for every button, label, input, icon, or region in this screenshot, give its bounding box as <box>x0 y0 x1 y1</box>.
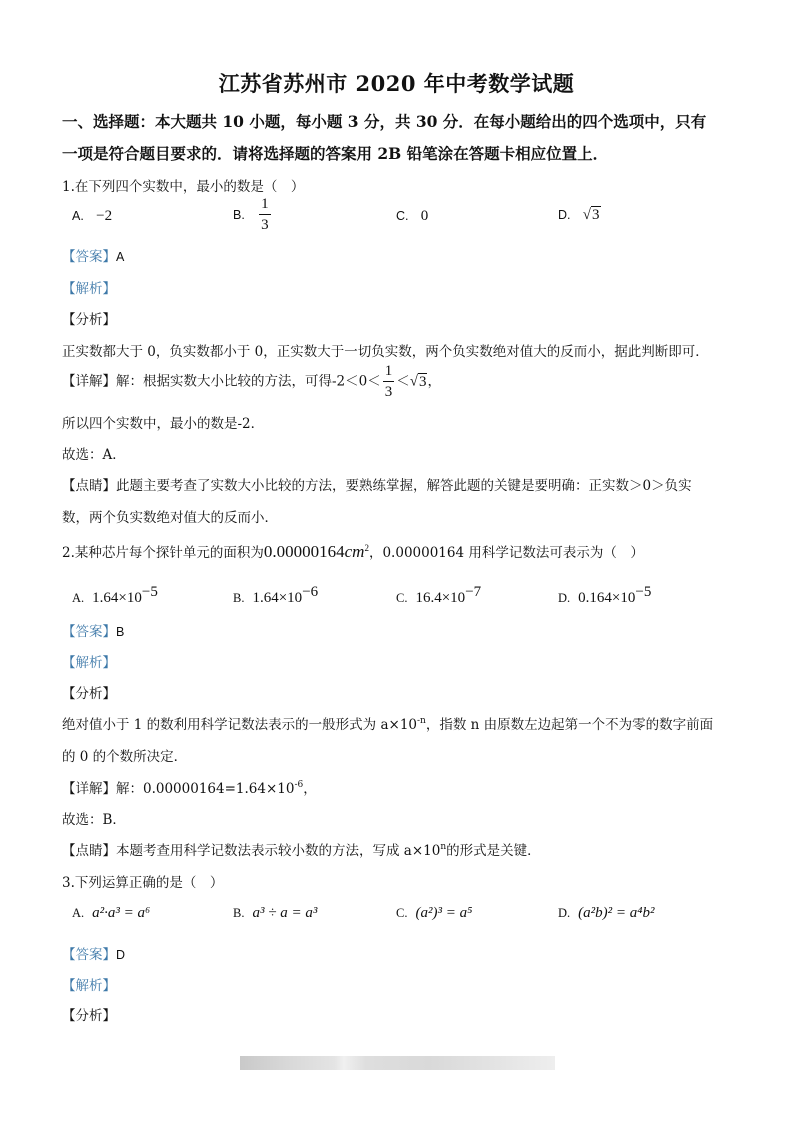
q1-comment: 【点睛】此题主要考查了实数大小比较的方法，要熟练掌握，解答此题的关键是要明确：正… <box>62 474 692 494</box>
answer-label: 【答案】 <box>62 249 116 265</box>
q2-jiexi-label: 【解析】 <box>62 651 116 671</box>
q1-analysis: 正实数都大于 0，负实数都小于 0，正实数大于一切负实数，两个负实数绝对值大的反… <box>62 340 709 360</box>
q3-option-d: D.(a²b)² = a⁴b² <box>558 905 654 922</box>
fraction: 13 <box>383 364 395 400</box>
answer-value: B <box>116 625 124 639</box>
question-1-stem: 1.在下列四个实数中，最小的数是（ ） <box>62 175 304 195</box>
answer-label: 【答案】 <box>62 947 116 963</box>
section-heading-line1: 一、选择题：本大题共 10 小题，每小题 3 分，共 30 分．在每小题给出的四… <box>62 110 706 132</box>
q1-choice: 故选：A． <box>62 443 126 463</box>
detail-label: 【详解】 <box>62 374 116 390</box>
q2-analysis: 绝对值小于 1 的数利用科学记数法表示的一般形式为 a×10-n，指数 n 由原… <box>62 713 713 733</box>
q2-option-c: C.16.4×10−7 <box>396 584 481 607</box>
q2-option-d: D.0.164×10−5 <box>558 584 651 607</box>
q2-choice: 故选：B． <box>62 808 126 828</box>
option-label: D. <box>558 208 571 222</box>
q3-fenxi-label: 【分析】 <box>62 1004 116 1024</box>
q2-answer: 【答案】B <box>62 620 124 640</box>
q2-fenxi-label: 【分析】 <box>62 682 116 702</box>
page-title: 江苏省苏州市 2020 年中考数学试题 <box>0 68 793 98</box>
q2-analysis-line2: 的 0 的个数所决定． <box>62 745 187 765</box>
option-label: B. <box>233 208 245 222</box>
question-3-stem: 3.下列运算正确的是（ ） <box>62 871 223 891</box>
q2-comment: 【点睛】本题考查用科学记数法表示较小数的方法，写成 a×10n的形式是关键． <box>62 839 541 859</box>
q2-option-a: A.1.64×10−5 <box>72 584 158 607</box>
option-value: −2 <box>96 208 112 224</box>
answer-label: 【答案】 <box>62 624 116 640</box>
question-2-stem: 2.某种芯片每个探针单元的面积为0.00000164cm2，0.00000164… <box>62 541 644 562</box>
option-label: A. <box>72 209 84 223</box>
q3-jiexi-label: 【解析】 <box>62 974 116 994</box>
sqrt-expression: √3 <box>410 373 428 390</box>
q3-option-c: C.(a²)³ = a⁵ <box>396 905 472 922</box>
q1-option-b: B. 1 3 <box>233 197 273 233</box>
blurred-footer-watermark <box>240 1056 555 1070</box>
q1-detail: 【详解】解：根据实数大小比较的方法，可得-2＜0＜13＜√3， <box>62 364 441 400</box>
q1-option-d: D. √3 <box>558 207 601 224</box>
q3-option-b: B.a³ ÷ a = a³ <box>233 905 317 922</box>
answer-value: A <box>116 250 124 264</box>
q3-answer: 【答案】D <box>62 943 125 963</box>
q1-answer: 【答案】A <box>62 245 124 265</box>
q1-option-c: C. 0 <box>396 208 428 225</box>
section-heading-line2: 一项是符合题目要求的．请将选择题的答案用 2B 铅笔涂在答题卡相应位置上． <box>62 142 608 164</box>
fraction: 1 3 <box>259 197 271 233</box>
sqrt-expression: √3 <box>583 206 601 223</box>
q1-comment-line2: 数，两个负实数绝对值大的反而小． <box>62 506 278 526</box>
q1-option-a: A. −2 <box>72 208 112 225</box>
q1-fenxi-label: 【分析】 <box>62 308 116 328</box>
comment-label: 【点睛】 <box>62 478 116 494</box>
q1-detail-line2: 所以四个实数中，最小的数是-2． <box>62 412 264 432</box>
q2-detail: 【详解】解：0.00000164=1.64×10-6， <box>62 777 317 797</box>
q1-jiexi-label: 【解析】 <box>62 277 116 297</box>
q2-option-b: B.1.64×10−6 <box>233 584 318 607</box>
answer-value: D <box>116 948 125 962</box>
option-label: C. <box>396 209 409 223</box>
q3-option-a: A.a²·a³ = a⁶ <box>72 905 150 922</box>
option-value: 0 <box>421 208 429 224</box>
